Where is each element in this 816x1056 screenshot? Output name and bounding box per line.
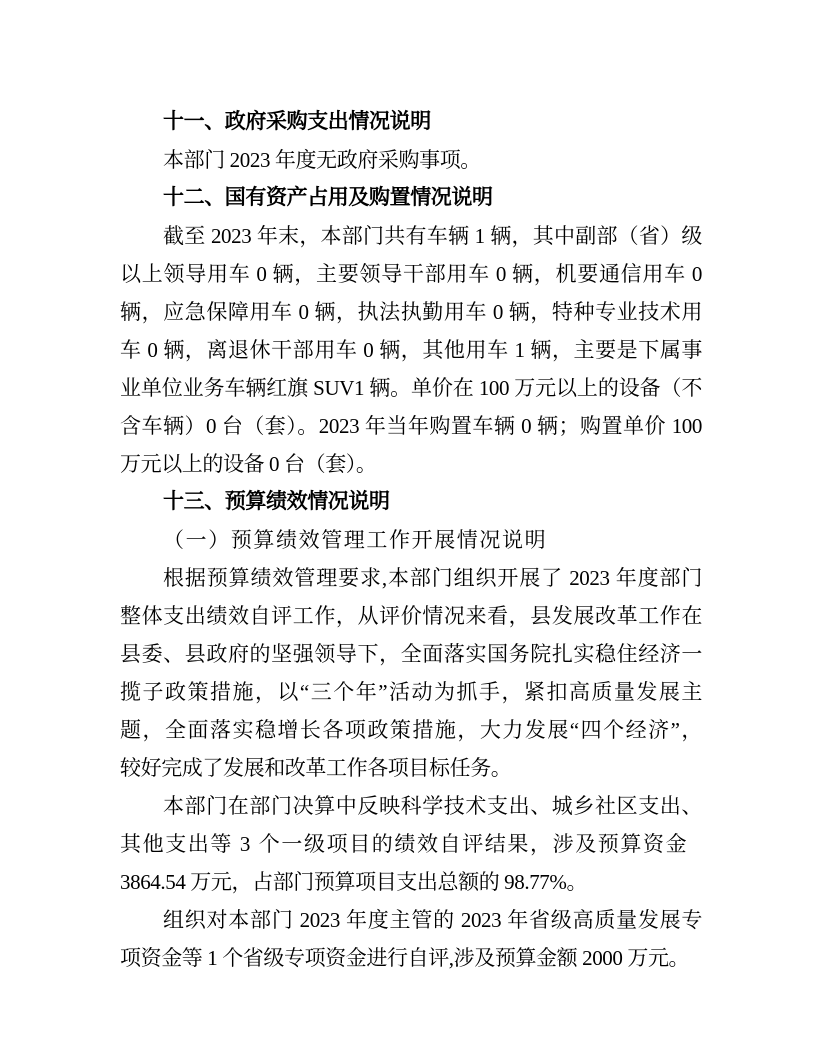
paragraph-line: 万元以上的设备 0 台（套）。 [120,445,702,483]
document-content: 十一、政府采购支出情况说明本部门 2023 年度无政府采购事项。十二、国有资产占… [120,103,702,977]
paragraph-line: 辆，应急保障用车 0 辆，执法执勤用车 0 辆，特种专业技术用 [120,293,702,331]
paragraph-line: 根据预算绩效管理要求,本部门组织开展了 2023 年度部门 [120,559,702,597]
paragraph-line: 较好完成了发展和改革工作各项目标任务。 [120,749,702,787]
paragraph-line: 揽子政策措施，以“三个年”活动为抓手，紧扣高质量发展主 [120,673,702,711]
paragraph-line: 截至 2023 年末，本部门共有车辆 1 辆，其中副部（省）级 [120,217,702,255]
paragraph-line: 3864.54 万元，占部门预算项目支出总额的 98.77%。 [120,863,702,901]
section-heading: 十一、政府采购支出情况说明 [120,103,702,141]
paragraph-line: 本部门 2023 年度无政府采购事项。 [120,141,702,179]
paragraph-line: 以上领导用车 0 辆，主要领导干部用车 0 辆，机要通信用车 0 [120,255,702,293]
section-heading: 十三、预算绩效情况说明 [120,483,702,521]
paragraph-line: 含车辆）0 台（套）。2023 年当年购置车辆 0 辆；购置单价 100 [120,407,702,445]
paragraph-line: 其他支出等 3 个一级项目的绩效自评结果，涉及预算资金 [120,825,702,863]
paragraph-line: 县委、县政府的坚强领导下，全面落实国务院扎实稳住经济一 [120,635,702,673]
paragraph-line: 题，全面落实稳增长各项政策措施，大力发展“四个经济”， [120,711,702,749]
paragraph-line: 整体支出绩效自评工作，从评价情况来看，县发展改革工作在 [120,597,702,635]
paragraph-line: 项资金等 1 个省级专项资金进行自评,涉及预算金额 2000 万元。 [120,939,702,977]
paragraph-line: 业单位业务车辆红旗 SUV1 辆。单价在 100 万元以上的设备（不 [120,369,702,407]
paragraph-line: 本部门在部门决算中反映科学技术支出、城乡社区支出、 [120,787,702,825]
paragraph-line: 组织对本部门 2023 年度主管的 2023 年省级高质量发展专 [120,901,702,939]
document-page: 十一、政府采购支出情况说明本部门 2023 年度无政府采购事项。十二、国有资产占… [0,0,816,1056]
subsection-heading: （一）预算绩效管理工作开展情况说明 [120,521,702,559]
section-heading: 十二、国有资产占用及购置情况说明 [120,179,702,217]
paragraph-line: 车 0 辆，离退休干部用车 0 辆，其他用车 1 辆，主要是下属事 [120,331,702,369]
